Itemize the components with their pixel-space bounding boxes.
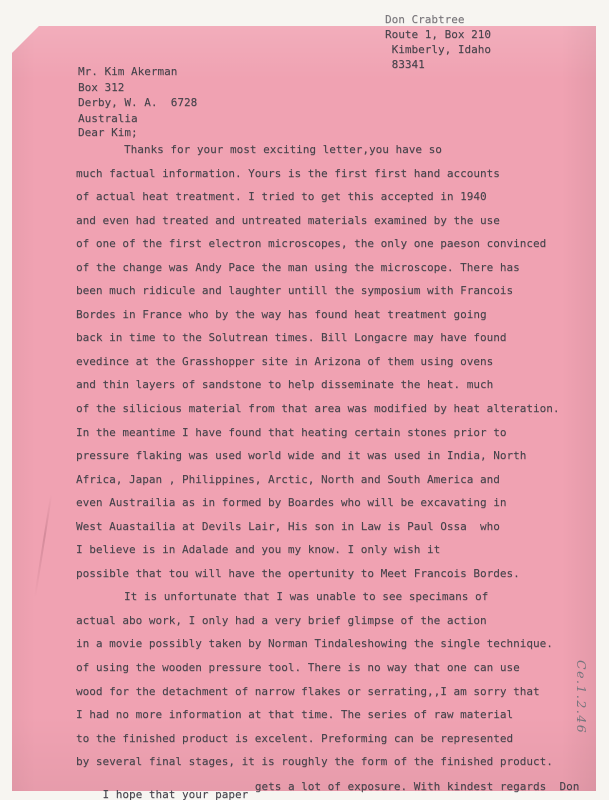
letter-body: Thanks for your most exciting letter,you… <box>76 138 559 774</box>
letter-body-line: back in time to the Solutrean times. Bil… <box>76 326 559 350</box>
letter-body-line: of actual heat treatment. I tried to get… <box>76 185 559 209</box>
closing-line: I hope that your paper gets a lot of exp… <box>76 766 579 800</box>
letter-body-line: of one of the first electron microscopes… <box>76 232 559 256</box>
letter-body-line: to the finished product is excelent. Pre… <box>76 727 559 751</box>
letter-body-line: wood for the detachment of narrow flakes… <box>76 680 559 704</box>
recipient-address-line: Derby, W. A. 6728 <box>78 95 197 111</box>
letter-body-line: much factual information. Yours is the f… <box>76 162 559 186</box>
sender-address-line: Don Crabtree <box>385 12 491 27</box>
letter-body-line: been much ridicule and laughter untill t… <box>76 279 559 303</box>
letter-body-line: of the change was Andy Pace the man usin… <box>76 256 559 280</box>
letter-body-line: West Auastailia at Devils Lair, His son … <box>76 515 559 539</box>
letter-body-line: Africa, Japan , Philippines, Arctic, Nor… <box>76 468 559 492</box>
paper-crease <box>34 494 52 598</box>
letter-body-line: It is unfortunate that I was unable to s… <box>76 585 559 609</box>
letter-body-line: actual abo work, I only had a very brief… <box>76 609 559 633</box>
letter-body-line: pressure flaking was used world wide and… <box>76 444 559 468</box>
letter-body-line: In the meantime I have found that heatin… <box>76 421 559 445</box>
letter-body-line: I had no more information at that time. … <box>76 703 559 727</box>
letter-body-line: in a movie possibly taken by Norman Tind… <box>76 632 559 656</box>
letter-body-line: and thin layers of sandstone to help dis… <box>76 373 559 397</box>
sender-address-line: Route 1, Box 210 <box>385 27 491 42</box>
recipient-address-line: Box 312 <box>78 80 197 96</box>
catalog-number-note: Ce.1.2.46 <box>571 660 589 752</box>
letter-body-line: I believe is in Adalade and you my know.… <box>76 538 559 562</box>
letter-body-line: of using the wooden pressure tool. There… <box>76 656 559 680</box>
recipient-address-line: Mr. Kim Akerman <box>78 64 197 80</box>
letter-body-line: evedince at the Grasshopper site in Ariz… <box>76 350 559 374</box>
sender-address-line: Kimberly, Idaho <box>385 42 491 57</box>
letter-body-line: of the silicious material from that area… <box>76 397 559 421</box>
closing-baseline-text: I hope that your paper <box>103 788 255 800</box>
sender-address-line: 83341 <box>385 57 491 72</box>
letter-body-line: possible that tou will have the opertuni… <box>76 562 559 586</box>
letter-body-line: and even had treated and untreated mater… <box>76 209 559 233</box>
scanned-letter: Don CrabtreeRoute 1, Box 210 Kimberly, I… <box>0 0 609 800</box>
recipient-address: Mr. Kim AkermanBox 312Derby, W. A. 6728A… <box>78 64 197 126</box>
sender-address: Don CrabtreeRoute 1, Box 210 Kimberly, I… <box>385 12 491 72</box>
letter-body-line: Bordes in France who by the way has foun… <box>76 303 559 327</box>
closing-raised-text: gets a lot of exposure. With kindest reg… <box>255 780 580 793</box>
letter-body-line: even Austrailia as in formed by Boardes … <box>76 491 559 515</box>
recipient-address-line: Australia <box>78 111 197 127</box>
letter-body-line: Thanks for your most exciting letter,you… <box>76 138 559 162</box>
